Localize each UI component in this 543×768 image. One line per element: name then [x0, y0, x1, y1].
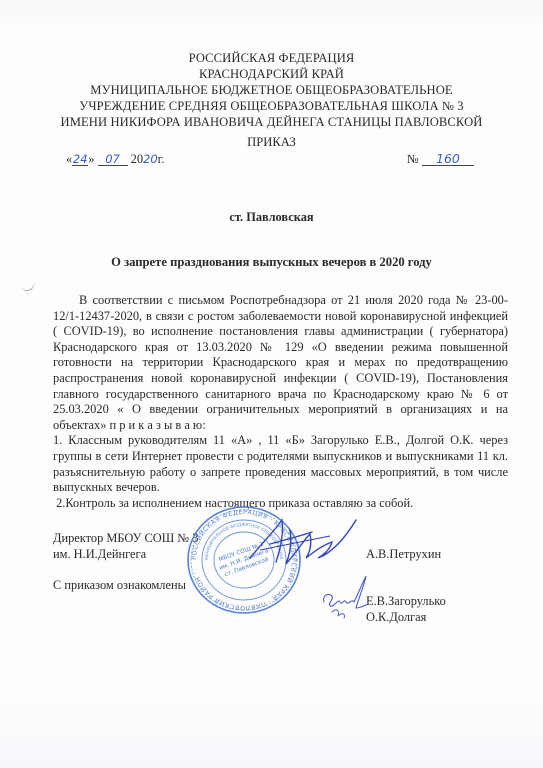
- header-line-org-named-after: ИМЕНИ НИКИФОРА ИВАНОВИЧА ДЕЙНЕГА СТАНИЦЫ…: [0, 114, 543, 130]
- date-day: 24: [72, 153, 88, 166]
- date-year-suffix: 20: [143, 152, 158, 166]
- order-number-value: 160: [422, 153, 474, 166]
- acknowledgement-signature-icon: [318, 572, 370, 620]
- document-place: ст. Павловская: [0, 210, 543, 225]
- document-subject: О запрете празднования выпускных вечеров…: [0, 255, 543, 270]
- director-signature-icon: [240, 510, 360, 570]
- document-body: В соответствии с письмом Роспотребнадзор…: [53, 293, 508, 511]
- hole-punch-mark: [18, 274, 36, 293]
- document-title: ПРИКАЗ: [0, 135, 543, 150]
- order-date: «24» 07 2020г.: [66, 152, 164, 167]
- acknowledged-name-1: Е.В.Загорулько: [366, 594, 446, 610]
- acknowledged-name-2: О.К.Долгая: [366, 610, 446, 626]
- body-item-1: 1. Классным руководителям 11 «А» , 11 «Б…: [53, 433, 508, 495]
- document-page: РОССИЙСКАЯ ФЕДЕРАЦИЯ КРАСНОДАРСКИЙ КРАЙ …: [0, 0, 543, 768]
- date-month: 07: [98, 153, 128, 166]
- director-name: А.В.Петрухин: [366, 547, 441, 563]
- header-line-country: РОССИЙСКАЯ ФЕДЕРАЦИЯ: [0, 50, 543, 66]
- header-line-org-type: МУНИЦИПАЛЬНОЕ БЮДЖЕТНОЕ ОБЩЕОБРАЗОВАТЕЛЬ…: [0, 82, 543, 98]
- document-header: РОССИЙСКАЯ ФЕДЕРАЦИЯ КРАСНОДАРСКИЙ КРАЙ …: [0, 50, 543, 130]
- acknowledged-label: С приказом ознакомлены: [53, 578, 186, 594]
- header-line-region: КРАСНОДАРСКИЙ КРАЙ: [0, 66, 543, 82]
- header-line-org-name: УЧРЕЖДЕНИЕ СРЕДНЯЯ ОБЩЕОБРАЗОВАТЕЛЬНАЯ Ш…: [0, 98, 543, 114]
- acknowledged-names: Е.В.Загорулько О.К.Долгая: [366, 594, 446, 625]
- body-preamble: В соответствии с письмом Роспотребнадзор…: [53, 293, 508, 433]
- director-title: Директор МБОУ СОШ № 3 им. Н.И.Дейнгега: [53, 531, 198, 562]
- order-number: № 160: [407, 152, 474, 167]
